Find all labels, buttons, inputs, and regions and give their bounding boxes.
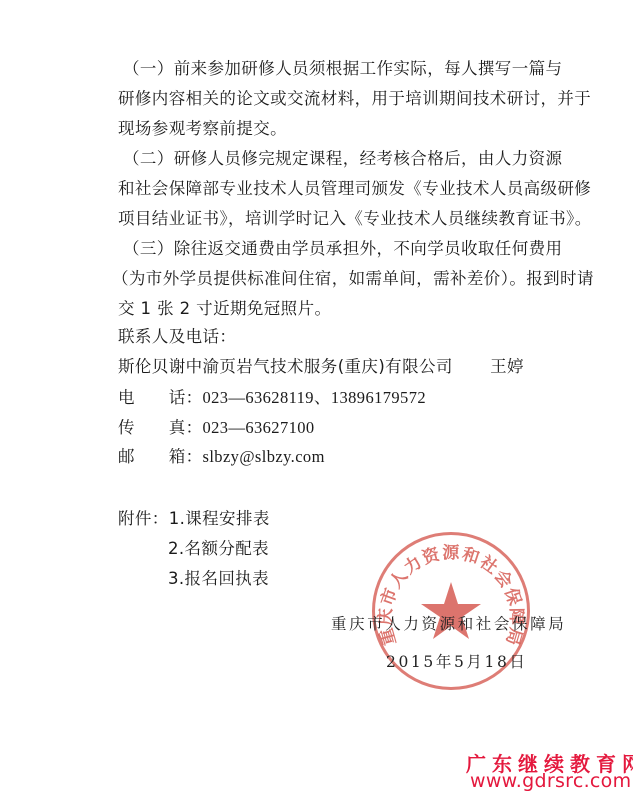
paragraph-2-line-1: （二）研修人员修完规定课程，经考核合格后，由人力资源 [123,148,562,170]
paragraph-1-line-1: （一）前来参加研修人员须根据工作实际，每人撰写一篇与 [123,58,562,80]
email-label: 邮 箱： [118,447,203,466]
contact-fax-line: 传 真：023—63627100 [118,417,315,439]
paragraph-3-line-3: 交 1 张 2 寸近期免冠照片。 [118,298,331,320]
signature-organization: 重庆市人力资源和社会保障局 [331,612,566,634]
attachment-item-1: 1.课程安排表 [169,509,270,528]
document-page: （一）前来参加研修人员须根据工作实际，每人撰写一篇与 研修内容相关的论文或交流材… [0,0,633,800]
watermark-url: www.gdrsrc.com [470,770,631,792]
paragraph-1-line-2: 研修内容相关的论文或交流材料，用于培训期间技术研讨，并于 [118,88,591,110]
contact-person: 王婷 [490,357,524,376]
phone-label: 电 话： [118,388,203,407]
signature-date: 2015年5月18日 [386,650,528,672]
phone-value: 023—63628119、13896179572 [203,388,427,407]
contact-heading: 联系人及电话： [118,326,236,348]
attachments-line-1: 附件：1.课程安排表 [118,508,270,530]
paragraph-3-line-2: （为市外学员提供标准间住宿，如需单间，需补差价）。报到时请 [112,268,594,290]
paragraph-2-line-3: 项目结业证书》，培训学时记入《专业技术人员继续教育证书》。 [118,208,592,230]
paragraph-3-line-1: （三）除往返交通费由学员承担外，不向学员收取任何费用 [123,238,562,260]
contact-company: 斯伦贝谢中渝页岩气技术服务(重庆)有限公司 [118,357,453,376]
paragraph-2-line-2: 和社会保障部专业技术人员管理司颁发《专业技术人员高级研修 [118,178,591,200]
attachment-item-2: 2.名额分配表 [168,538,269,560]
contact-phone-line: 电 话：023—63628119、13896179572 [118,387,426,409]
attachments-label: 附件： [118,509,169,528]
fax-value: 023—63627100 [203,418,315,437]
fax-label: 传 真： [118,418,203,437]
contact-company-line: 斯伦贝谢中渝页岩气技术服务(重庆)有限公司 王婷 [118,356,524,378]
attachment-item-3: 3.报名回执表 [168,568,269,590]
email-value: slbzy@slbzy.com [203,447,325,466]
contact-email-line: 邮 箱：slbzy@slbzy.com [118,446,325,468]
paragraph-1-line-3: 现场参观考察前提交。 [118,118,287,140]
